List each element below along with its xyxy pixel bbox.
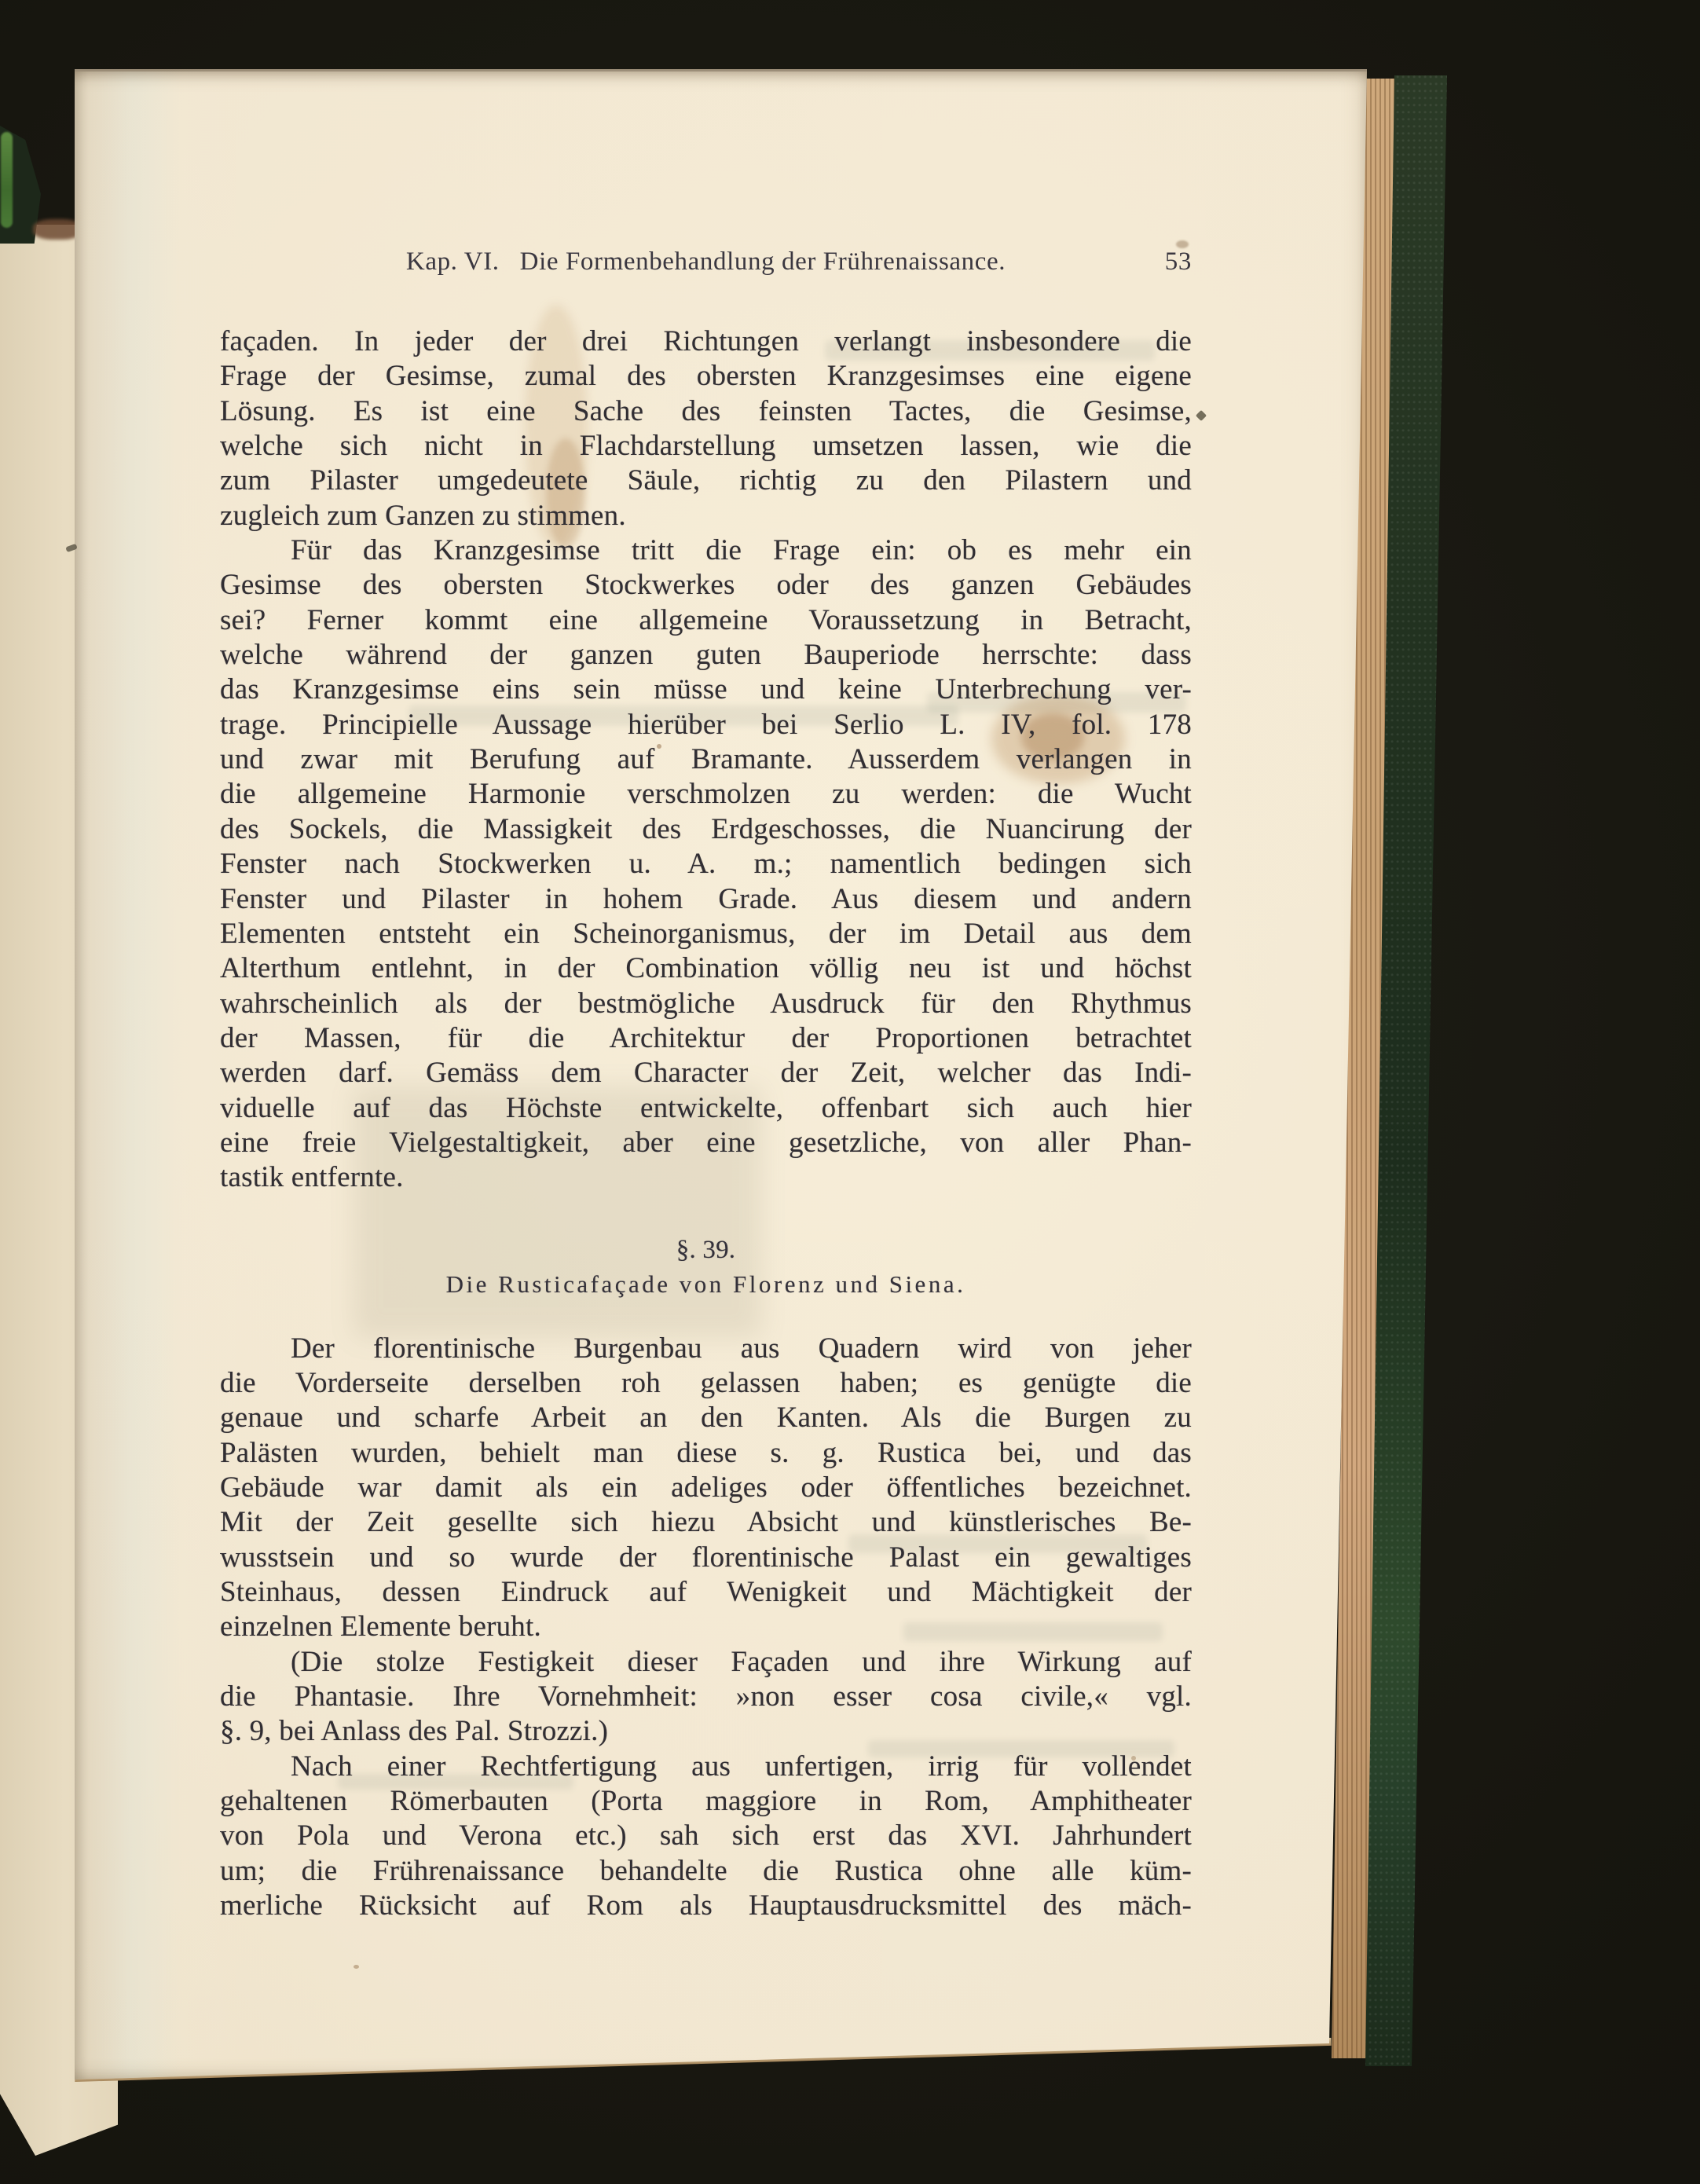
- text-line: merliche Rücksicht auf Rom als Hauptausd…: [220, 1889, 1192, 1923]
- section-title: Die Rusticafaçade von Florenz und Siena.: [220, 1267, 1192, 1302]
- text-line: Elementen entsteht ein Scheinorganismus,…: [220, 917, 1192, 951]
- text-line: Gebäude war damit als ein adeliges oder …: [220, 1471, 1192, 1505]
- body-text: façaden. In jeder der drei Richtungen ve…: [220, 324, 1192, 1923]
- paragraph: Nach einer Rechtfertigung aus unfertigen…: [220, 1750, 1192, 1924]
- running-header: Kap. VI.Die Formenbehandlung der Frühren…: [220, 244, 1192, 279]
- text-line: die Phantasie. Ihre Vornehmheit: »non es…: [220, 1680, 1192, 1714]
- text-line: Gesimse des obersten Stockwerkes oder de…: [220, 568, 1192, 603]
- chapter-label: Kap. VI.: [406, 247, 500, 276]
- paragraph: Für das Kranzgesimse tritt die Frage ein…: [220, 533, 1192, 1196]
- text-line: genaue und scharfe Arbeit an den Kanten.…: [220, 1401, 1192, 1435]
- book-scan: Kap. VI.Die Formenbehandlung der Frühren…: [0, 0, 1700, 2184]
- text-line: (Die stolze Festigkeit dieser Façaden un…: [220, 1645, 1192, 1680]
- text-line: des Sockels, die Massigkeit des Erdgesch…: [220, 812, 1192, 847]
- text-line: sei? Ferner kommt eine allgemeine Voraus…: [220, 603, 1192, 638]
- text-line: gehaltenen Römerbauten (Porta maggiore i…: [220, 1784, 1192, 1819]
- text-line: viduelle auf das Höchste entwickelte, of…: [220, 1091, 1192, 1126]
- text-line: Frage der Gesimse, zumal des obersten Kr…: [220, 359, 1192, 394]
- binding-wear-mark: [33, 219, 82, 240]
- text-line: die Vorderseite derselben roh gelassen h…: [220, 1366, 1192, 1401]
- text-line: das Kranzgesimse eins sein müsse und kei…: [220, 672, 1192, 707]
- text-line: von Pola und Verona etc.) sah sich erst …: [220, 1819, 1192, 1853]
- text-line: eine freie Vielgestaltigkeit, aber eine …: [220, 1126, 1192, 1160]
- text-line: §. 9, bei Anlass des Pal. Strozzi.): [220, 1714, 1192, 1749]
- text-line: und zwar mit Berufung auf Bramante. Auss…: [220, 742, 1192, 777]
- section-heading: §. 39. Die Rusticafaçade von Florenz und…: [220, 1233, 1192, 1302]
- paragraph: (Die stolze Festigkeit dieser Façaden un…: [220, 1645, 1192, 1750]
- text-line: Fenster nach Stockwerken u. A. m.; namen…: [220, 847, 1192, 881]
- chapter-title: Die Formenbehandlung der Frührenaissance…: [520, 247, 1006, 276]
- text-line: welche während der ganzen guten Bauperio…: [220, 638, 1192, 672]
- text-line: werden darf. Gemäss dem Character der Ze…: [220, 1056, 1192, 1090]
- text-line: zugleich zum Ganzen zu stimmen.: [220, 499, 1192, 533]
- page-number: 53: [1165, 244, 1192, 279]
- bookmark-thread: [1, 132, 13, 228]
- paragraph: façaden. In jeder der drei Richtungen ve…: [220, 324, 1192, 533]
- section-number: §. 39.: [220, 1233, 1192, 1267]
- text-line: Palästen wurden, behielt man diese s. g.…: [220, 1436, 1192, 1471]
- text-line: trage. Principielle Aussage hierüber bei…: [220, 708, 1192, 742]
- text-line: welche sich nicht in Flachdarstellung um…: [220, 429, 1192, 464]
- text-line: Mit der Zeit gesellte sich hiezu Absicht…: [220, 1505, 1192, 1540]
- text-line: um; die Frührenaissance behandelte die R…: [220, 1854, 1192, 1889]
- paragraphs-after-section: Der florentinische Burgenbau aus Quadern…: [220, 1332, 1192, 1924]
- text-line: Steinhaus, dessen Eindruck auf Wenigkeit…: [220, 1575, 1192, 1610]
- text-line: wusstsein und so wurde der florentinisch…: [220, 1541, 1192, 1575]
- text-line: zum Pilaster umgedeutete Säule, richtig …: [220, 464, 1192, 498]
- text-line: Für das Kranzgesimse tritt die Frage ein…: [220, 533, 1192, 568]
- text-line: Nach einer Rechtfertigung aus unfertigen…: [220, 1750, 1192, 1784]
- text-line: tastik entfernte.: [220, 1160, 1192, 1195]
- text-line: Fenster und Pilaster in hohem Grade. Aus…: [220, 882, 1192, 917]
- text-line: Alterthum entlehnt, in der Combination v…: [220, 951, 1192, 986]
- text-line: die allgemeine Harmonie verschmolzen zu …: [220, 777, 1192, 812]
- gutter-shadow: [75, 71, 240, 2080]
- text-line: der Massen, für die Architektur der Prop…: [220, 1021, 1192, 1056]
- foxing-speck: [1196, 410, 1207, 421]
- paragraph: Der florentinische Burgenbau aus Quadern…: [220, 1332, 1192, 1645]
- book-page: Kap. VI.Die Formenbehandlung der Frühren…: [75, 69, 1367, 2080]
- text-line: einzelnen Elemente beruht.: [220, 1610, 1192, 1644]
- foxing-speck: [354, 1965, 359, 1969]
- text-line: façaden. In jeder der drei Richtungen ve…: [220, 324, 1192, 359]
- text-line: Lösung. Es ist eine Sache des feinsten T…: [220, 394, 1192, 429]
- paragraphs-before-section: façaden. In jeder der drei Richtungen ve…: [220, 324, 1192, 1196]
- text-line: Der florentinische Burgenbau aus Quadern…: [220, 1332, 1192, 1366]
- text-line: wahrscheinlich als der bestmögliche Ausd…: [220, 987, 1192, 1021]
